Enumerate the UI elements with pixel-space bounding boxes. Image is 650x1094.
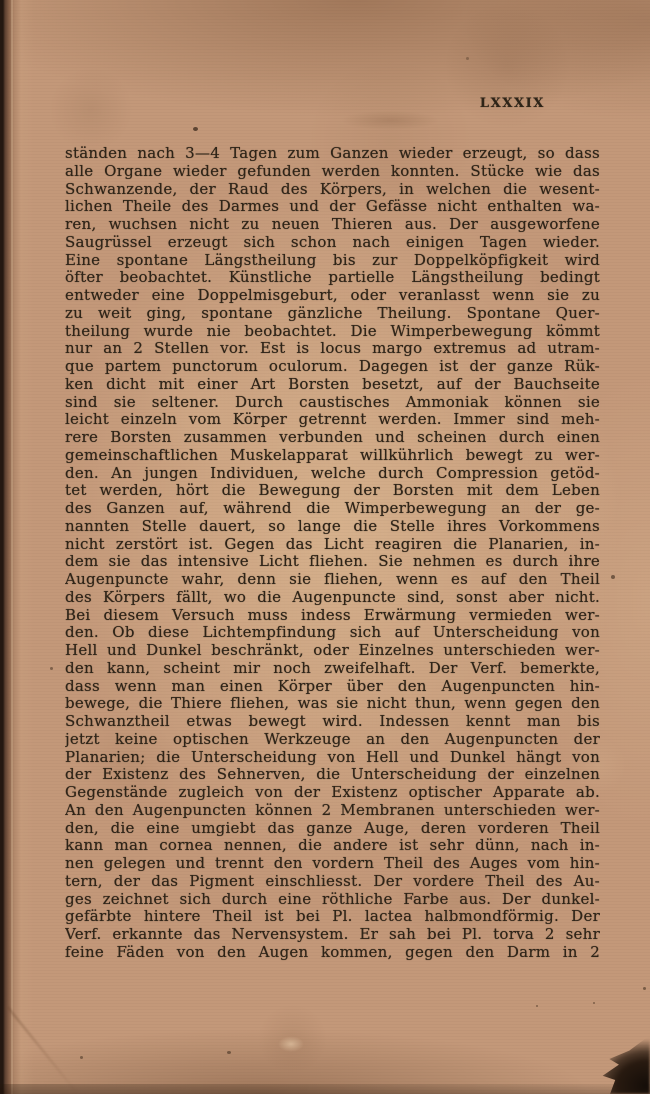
text-line: dass wenn man einen Körper über den Auge… [65, 678, 600, 696]
paper-light-spot [278, 1036, 304, 1052]
text-line: gefärbte hintere Theil ist bei Pl. lacte… [65, 908, 600, 926]
text-line: des Körpers fällt, wo die Augenpuncte si… [65, 589, 600, 607]
text-line: Hell und Dunkel beschränkt, oder Einzeln… [65, 642, 600, 660]
text-line: den. An jungen Individuen, welche durch … [65, 465, 600, 483]
text-line: nannten Stelle dauert, so lange die Stel… [65, 518, 600, 536]
text-line: der Existenz des Sehnerven, die Untersch… [65, 766, 600, 784]
text-line: Augenpuncte wahr, denn sie fliehen, wenn… [65, 571, 600, 589]
text-line: ges zeichnet sich durch eine röthliche F… [65, 891, 600, 909]
text-line: den, die eine umgiebt das ganze Auge, de… [65, 820, 600, 838]
text-line: nicht zerstört ist. Gegen das Licht reag… [65, 536, 600, 554]
scanned-page: LXXXIX ständen nach 3—4 Tagen zum Ganzen… [0, 0, 650, 1094]
paper-speck [611, 575, 615, 579]
text-line: alle Organe wieder gefunden werden konnt… [65, 163, 600, 181]
text-line: kann man cornea nennen, die andere ist s… [65, 837, 600, 855]
text-line: que partem punctorum oculorum. Dagegen i… [65, 358, 600, 376]
text-line: öfter beobachtet. Künstliche partielle L… [65, 269, 600, 287]
text-line: Schwanztheil etwas bewegt wird. Indessen… [65, 713, 600, 731]
paper-speck [80, 1056, 83, 1059]
text-line: Verf. erkannte das Nervensystem. Er sah … [65, 926, 600, 944]
text-line: des Ganzen auf, während die Wimperbewegu… [65, 500, 600, 518]
text-line: jetzt keine optischen Werkzeuge an den A… [65, 731, 600, 749]
paper-speck [193, 127, 198, 131]
text-line: feine Fäden von den Augen kommen, gegen … [65, 944, 600, 962]
text-line: den kann, scheint mir noch zweifelhaft. … [65, 660, 600, 678]
text-line: lichen Theile des Darmes und der Gefässe… [65, 198, 600, 216]
text-line: bewege, die Thiere fliehen, was sie nich… [65, 695, 600, 713]
text-line: Saugrüssel erzeugt sich schon nach einig… [65, 234, 600, 252]
text-line: Bei diesem Versuch muss indess Erwärmung… [65, 607, 600, 625]
text-line: rere Borsten zusammen verbunden und sche… [65, 429, 600, 447]
text-line: gemeinschaftlichen Muskelapparat willküh… [65, 447, 600, 465]
text-line: den. Ob diese Lichtempfindung sich auf U… [65, 624, 600, 642]
text-line: Planarien; die Unterscheidung von Hell u… [65, 749, 600, 767]
page-left-edge [0, 0, 34, 1094]
text-line: Gegenstände zugleich von der Existenz op… [65, 784, 600, 802]
text-line: ren, wuchsen nicht zu neuen Thieren aus.… [65, 216, 600, 234]
text-line: ken dicht mit einer Art Borsten besetzt,… [65, 376, 600, 394]
bottom-edge-shadow [0, 1084, 650, 1094]
text-line: nur an 2 Stellen vor. Est is locus margo… [65, 340, 600, 358]
text-line: entweder eine Doppelmisgeburt, oder vera… [65, 287, 600, 305]
text-line: sind sie seltener. Durch caustisches Amm… [65, 394, 600, 412]
text-line: zu weit ging, spontane gänzliche Theilun… [65, 305, 600, 323]
paper-speck [593, 1002, 595, 1004]
text-line: ständen nach 3—4 Tagen zum Ganzen wieder… [65, 145, 600, 163]
text-line: nen gelegen und trennt den vordern Theil… [65, 855, 600, 873]
text-line: theilung wurde nie beobachtet. Die Wimpe… [65, 323, 600, 341]
text-line: leicht einzeln vom Körper getrennt werde… [65, 411, 600, 429]
text-line: Eine spontane Längstheilung bis zur Dopp… [65, 252, 600, 270]
paper-speck [50, 667, 53, 670]
page-number: LXXXIX [480, 96, 545, 111]
paper-speck [643, 987, 646, 990]
body-text-block: ständen nach 3—4 Tagen zum Ganzen wieder… [65, 145, 600, 962]
paper-speck [227, 1051, 231, 1054]
text-line: tet werden, hört die Bewegung der Borste… [65, 482, 600, 500]
text-line: dem sie das intensive Licht fliehen. Sie… [65, 553, 600, 571]
text-line: An den Augenpuncten können 2 Membranen u… [65, 802, 600, 820]
text-line: Schwanzende, der Raud des Körpers, in we… [65, 181, 600, 199]
text-line: tern, der das Pigment einschliesst. Der … [65, 873, 600, 891]
paper-speck [536, 1005, 538, 1007]
paper-speck [466, 57, 469, 60]
